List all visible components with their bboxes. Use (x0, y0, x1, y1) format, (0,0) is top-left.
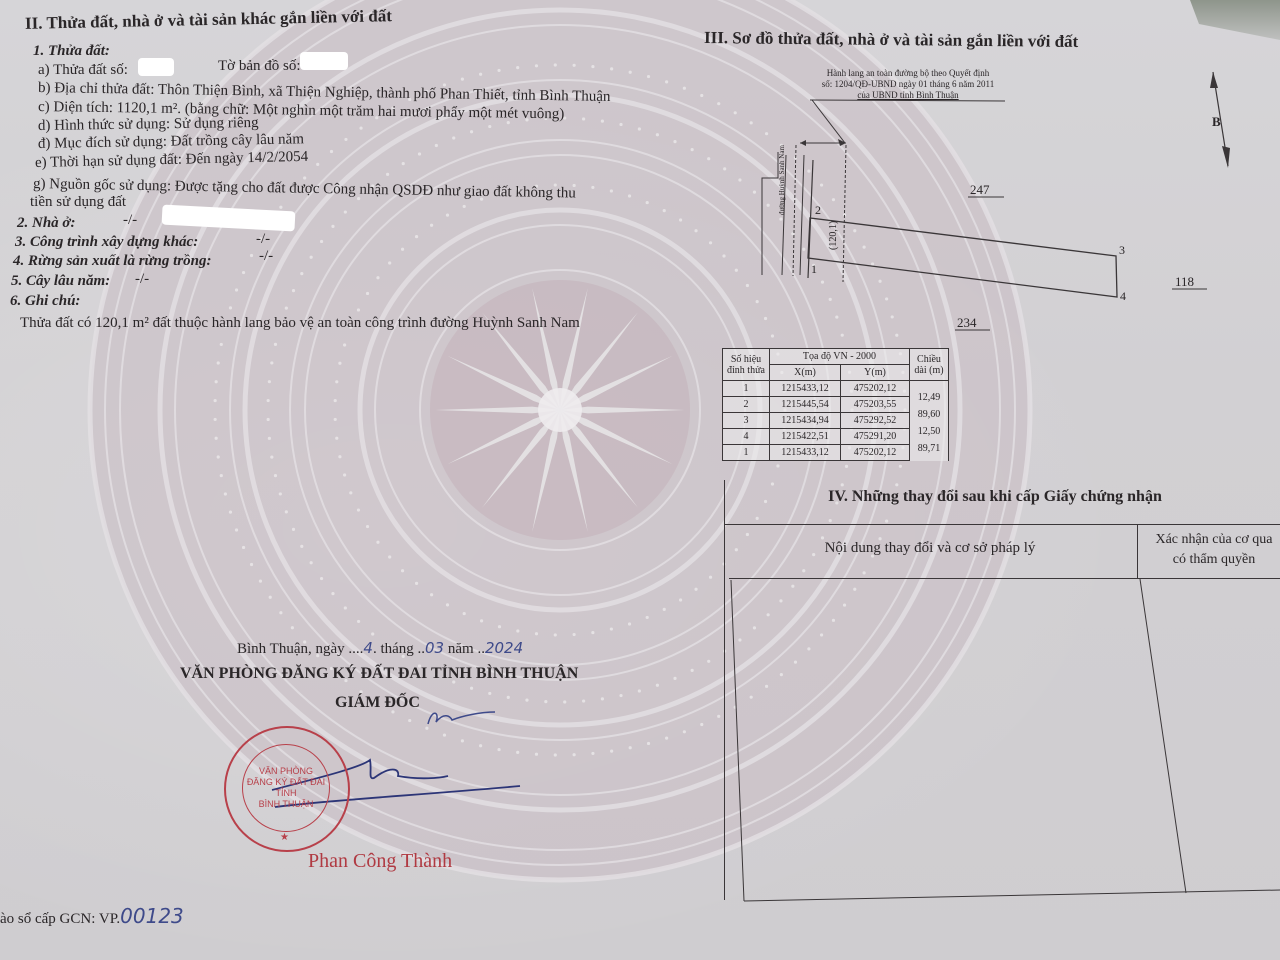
handwritten-signatures (0, 0, 1280, 960)
stamp-text: VĂN PHÒNG ĐĂNG KÝ ĐẤT ĐAI TỈNH BÌNH THUẬ… (242, 744, 330, 832)
stamp-line2: ĐĂNG KÝ ĐẤT ĐAI (243, 777, 329, 788)
official-stamp: VĂN PHÒNG ĐĂNG KÝ ĐẤT ĐAI TỈNH BÌNH THUẬ… (224, 726, 350, 852)
gcn-number: 00123 (120, 904, 184, 928)
stamp-line1: VĂN PHÒNG (243, 766, 329, 777)
gcn-register: ào sổ cấp GCN: VP.00123 (0, 904, 184, 928)
stamp-line3: TỈNH (243, 788, 329, 799)
certificate-paper: II. Thửa đất, nhà ở và tài sản khác gắn … (0, 0, 1280, 960)
stamp-star-icon: ★ (280, 832, 289, 843)
gcn-label: ào sổ cấp GCN: VP. (0, 911, 120, 927)
signer-name: Phan Công Thành (308, 850, 452, 873)
stamp-line4: BÌNH THUẬN (243, 799, 329, 810)
